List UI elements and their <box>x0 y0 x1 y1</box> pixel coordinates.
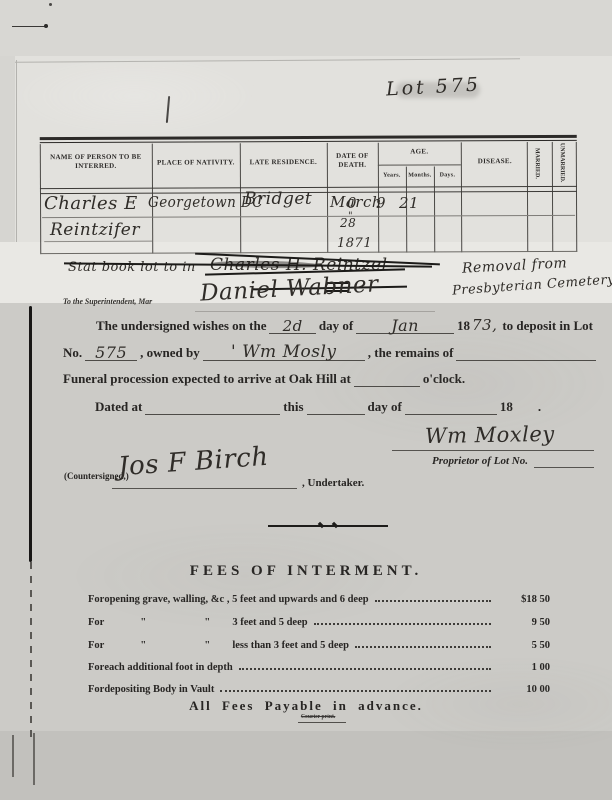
binding-shadow-faded <box>30 562 32 740</box>
dotted-leader <box>355 636 491 648</box>
col-header-name: NAME OF PERSON TO BE INTERRED. <box>44 153 148 171</box>
form-line-2: No. 575 , owned by ' Wm Mosly , the rema… <box>60 344 596 361</box>
fee5-label: depositing Body in Vault <box>104 684 214 695</box>
year-18-label: 18 <box>500 399 513 415</box>
this-day-blank <box>307 398 365 415</box>
fee1-amount: $18 50 <box>496 594 550 605</box>
fee3-amount: 5 50 <box>496 640 550 651</box>
line1-tail: to deposit in Lot <box>502 318 593 334</box>
fee5-amount: 10 00 <box>496 684 550 695</box>
entry-death-year: 1871 <box>337 236 372 251</box>
undertaker-label: , Undertaker. <box>302 477 364 489</box>
pen-arrow-head <box>44 24 48 28</box>
fee-row-5: For depositing Body in Vault 10 00 <box>88 680 550 695</box>
entry-death-day: 28 <box>340 216 356 230</box>
form-line-1: The undersigned wishes on the 2d day of … <box>93 316 596 334</box>
edge-mark <box>12 735 14 777</box>
proprietor-label: Proprietor of Lot No. <box>432 455 528 467</box>
remains-label: , the remains of <box>368 345 454 361</box>
printer-imprint: Courier print. <box>301 714 335 720</box>
col-header-unmarried: UNMARRIED. <box>558 141 566 185</box>
age-header-rule <box>378 164 461 165</box>
form-line-4: Dated at this day of 18 . <box>92 398 562 415</box>
oclock-blank <box>354 370 420 387</box>
dotted-leader <box>220 680 491 692</box>
year-handwritten: 73, <box>472 316 497 334</box>
day-handwritten: 2d <box>283 317 303 335</box>
owner-blank: ' Wm Mosly <box>203 344 365 361</box>
proprietor-signature: Wm Moxley <box>425 422 555 448</box>
no-label: No. <box>63 345 82 361</box>
col-header-residence: LATE RESIDENCE. <box>242 158 325 167</box>
month-blank: Jan <box>356 317 454 334</box>
year-printed: 18 <box>457 318 470 334</box>
lot-handwritten: 575 <box>95 343 127 362</box>
col-header-death: DATE OF DEATH. <box>329 152 376 170</box>
line1-dayof: day of <box>319 318 353 334</box>
fee-row-2: For " " 3 feet and 5 deep 9 50 <box>88 613 550 628</box>
row-rule-1 <box>42 215 575 218</box>
col-header-days: Days. <box>434 171 461 180</box>
day-blank: 2d <box>269 317 315 334</box>
name-underline-2 <box>44 241 152 242</box>
fee5-prefix: For <box>88 684 104 695</box>
fee2-label: 3 feet and 5 deep <box>232 617 307 628</box>
lot-blank: 575 <box>85 344 137 361</box>
paper-bottom-edge <box>0 731 612 800</box>
ditto-mark: " <box>198 640 216 651</box>
fee2-amount: 9 50 <box>496 617 550 628</box>
remains-blank <box>456 344 596 361</box>
column-divider <box>552 142 553 252</box>
month-handwritten: Jan <box>391 316 419 335</box>
paper-top-margin <box>0 0 612 56</box>
binding-shadow-line <box>29 306 32 562</box>
fee1-label: opening grave, walling, &c , 5 feet and … <box>104 594 368 605</box>
funeral-text: Funeral procession expected to arrive at… <box>63 371 351 387</box>
month-blank-2 <box>405 398 497 415</box>
col-header-married: MARRIED. <box>533 141 541 185</box>
fees-footer: All Fees Payable in advance. <box>0 698 612 714</box>
proprietor-lot-blank <box>534 467 594 468</box>
paper-left-margin <box>0 56 15 242</box>
this-label: this <box>283 399 303 415</box>
fee4-prefix: For <box>88 662 104 673</box>
entry-name-line2: Reintzifer <box>50 220 140 240</box>
form-line-3: Funeral procession expected to arrive at… <box>60 370 520 387</box>
col-header-nativity: PLACE OF NATIVITY. <box>154 158 238 167</box>
owner-handwritten: ' Wm Mosly <box>231 342 336 362</box>
entry-name-line1: Charles E <box>44 193 138 214</box>
divider-rule <box>268 525 388 527</box>
superintendent-label: To the Superintendent, Mar <box>63 296 152 306</box>
oclock-label: o'clock. <box>423 371 465 387</box>
ditto-mark: " <box>134 640 152 651</box>
entry-age-days: 21 <box>399 194 419 212</box>
dated-at-label: Dated at <box>95 399 142 415</box>
table-border-left <box>40 144 41 254</box>
undertaker-signature-line <box>112 488 297 489</box>
scanned-interment-record: Lot 575 NAME OF PERSON TO BE INTERRED. P… <box>0 0 612 800</box>
fee-row-4: For each additional foot in depth 1 00 <box>88 658 550 673</box>
ink-dot <box>49 3 52 6</box>
entry-residence: Bridget <box>244 189 312 209</box>
dayof-label: day of <box>368 399 402 415</box>
fee-row-1: For opening grave, walling, &c , 5 feet … <box>88 590 550 605</box>
fee3-prefix: For <box>88 640 104 651</box>
fee4-amount: 1 00 <box>496 662 550 673</box>
fee2-prefix: For <box>88 617 104 628</box>
imprint-underline <box>298 722 346 723</box>
entry-age-months: 9 <box>376 194 386 212</box>
line1-text: The undersigned wishes on the <box>96 318 266 334</box>
dotted-leader <box>314 613 491 625</box>
owned-by-label: , owned by <box>140 345 200 361</box>
col-header-years: Years. <box>378 172 406 181</box>
ditto-mark: " <box>198 617 216 628</box>
dotted-leader <box>375 590 491 602</box>
signature-faint-rule <box>195 311 435 312</box>
edge-mark <box>33 733 35 785</box>
entry-age-years: 0 <box>347 194 357 212</box>
col-header-months: Months. <box>406 171 434 180</box>
period-mark: . <box>538 399 541 415</box>
fees-title: FEES OF INTERMENT. <box>0 563 612 580</box>
fee-row-3: For " " less than 3 feet and 5 deep 5 50 <box>88 636 550 651</box>
dotted-leader <box>239 658 491 670</box>
sheet-edge-vertical <box>16 60 17 242</box>
column-divider <box>527 142 528 252</box>
fee3-label: less than 3 feet and 5 deep <box>232 640 349 651</box>
fee1-prefix: For <box>88 594 104 605</box>
ditto-mark: " <box>134 617 152 628</box>
col-header-disease: DISEASE. <box>463 157 527 166</box>
proprietor-signature-line <box>392 450 594 451</box>
fee4-label: each additional foot in depth <box>104 662 232 673</box>
dated-place-blank <box>145 398 280 415</box>
col-header-age: AGE. <box>378 147 461 156</box>
pen-arrow-mark <box>12 26 48 27</box>
